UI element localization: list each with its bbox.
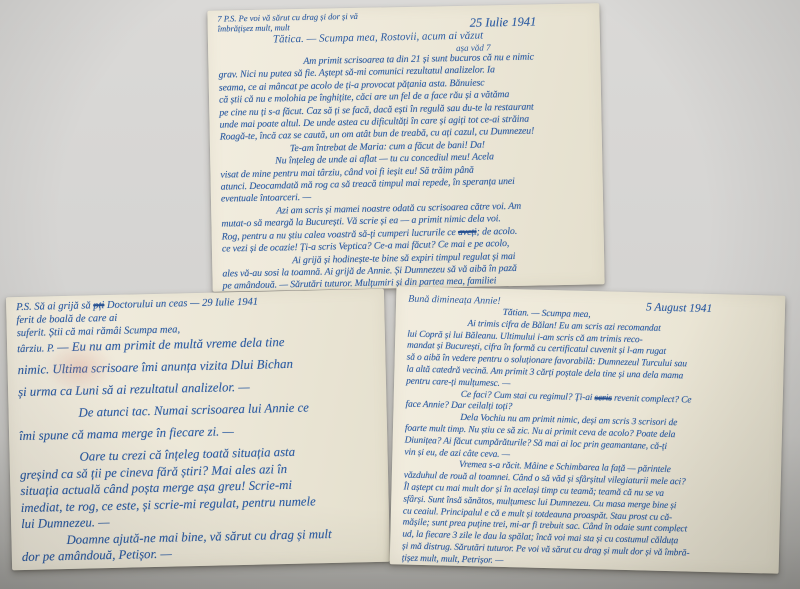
postcard-top: 25 Iulie 1941 7 P.S. Pe voi vă sărut cu … xyxy=(207,3,604,291)
handwriting-line: De atunci tac. Numai scrisoarea lui Anni… xyxy=(18,398,380,423)
handwriting-block: Tătian. — Scumpa mea,Ai trimis cifra de … xyxy=(402,306,779,574)
postcard-bottom-right: 5 August 1941 Bună dimineața Annie! Tăti… xyxy=(390,286,786,573)
handwriting-line: îmi spune că mama merge în fiecare zi. — xyxy=(19,420,381,445)
postcard-bottom-left: P.S. Să ai grijă să pți Doctorului un ce… xyxy=(6,289,390,571)
handwriting-block: P.S. Să ai grijă să pți Doctorului un ce… xyxy=(16,293,384,566)
date-annotation: 5 August 1941 xyxy=(646,301,713,315)
photo-backdrop: 25 Iulie 1941 7 P.S. Pe voi vă sărut cu … xyxy=(0,0,800,589)
handwriting-line: nimic. Ultima scrisoare îmi anunța vizit… xyxy=(17,354,379,379)
handwriting-block: Am primit scrisoarea ta din 21 și sunt b… xyxy=(218,50,596,291)
date-annotation: 25 Iulie 1941 xyxy=(469,14,536,30)
handwriting-line: și urma ca Luni să ai rezultatul analize… xyxy=(18,376,380,401)
